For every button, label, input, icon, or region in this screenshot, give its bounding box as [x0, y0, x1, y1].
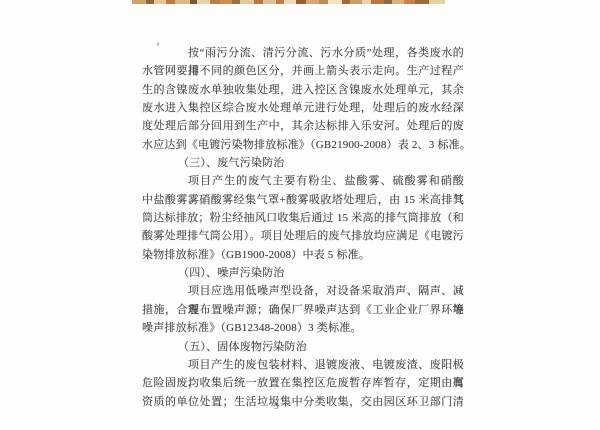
text-line: 废水进入集控区综合废水处理单元进行处理，处理后的废水经深: [142, 99, 464, 117]
page-edge-segment: [342, 0, 350, 4]
page-number: 3: [274, 401, 279, 411]
page-edge-segment: [175, 0, 190, 4]
text-line: 噪声排放标准》（GB12348-2008）3 类标准。: [142, 319, 464, 337]
text-line: 危险固废，收集后统一放置在集控区危废暂存库暂存，定期由有: [142, 374, 464, 392]
text-line: 染物排放标准》（GB1900-2008）中表 5 标准。: [142, 246, 464, 264]
page-edge-segment: [146, 0, 154, 4]
page-edge-segment: [306, 0, 319, 4]
text-line: 筒达标排放；粉尘经抽风口收集后通过 15 米高的排气筒排放（和: [142, 209, 464, 227]
page-edge-segment: [384, 0, 392, 4]
document-text: 按“雨污分流、清污分流、污水分质”处理，各类废水的排水管网要用不同的颜色区分，并…: [142, 44, 464, 411]
text-line: 生的含镍废水单独收集处理，进入控区含镍废水处理单元，其余: [142, 81, 464, 99]
text-line: 水应达到《电镀污染物排放标准》（GB21900-2008）表 2、3 标准。: [142, 136, 464, 154]
text-line: （三）、废气污染防治: [142, 154, 464, 172]
text-line: 中盐酸雾、硝酸雾经集气罩+酸雾吸收塔处理后，由 15 米高排气: [142, 191, 464, 209]
page-edge-segment: [190, 0, 197, 4]
page-edge-segment: [319, 0, 328, 4]
scanned-page: 按“雨污分流、清污分流、污水分质”处理，各类废水的排水管网要用不同的颜色区分，并…: [0, 0, 600, 430]
text-line: （五）、固体废物污染防治: [142, 338, 464, 356]
text-line: 项目产生的废包装材料、退镀废液、电镀废渣、废阳极均属: [142, 356, 464, 374]
page-edge-segment: [415, 0, 429, 4]
page-edge-segment: [240, 0, 254, 4]
page-edge-segment: [362, 0, 371, 4]
page-edge-segment: [154, 0, 166, 4]
text-line: 酸雾处理排气筒公用）。项目处理后的废气排放均应满足《电镀污: [142, 227, 464, 245]
page-edge-segment: [197, 0, 210, 4]
page-edge-segment: [276, 0, 284, 4]
text-line: 水管网要用不同的颜色区分，并画上箭头表示走向。生产过程产: [142, 62, 464, 80]
text-line: 项目应选用低噪声型设备，对设备采取消声、隔声、减震等: [142, 282, 464, 300]
text-line: （四）、噪声污染防治: [142, 264, 464, 282]
page-edge-segment: [350, 0, 362, 4]
page-edge-segment: [404, 0, 415, 4]
page-edge-segment: [166, 0, 175, 4]
text-line: 措施，合理布置噪声源；确保厂界噪声达到《工业企业厂界环境: [142, 301, 464, 319]
page-edge-segment: [132, 0, 146, 4]
page-edge-segment: [328, 0, 342, 4]
page-edge-segment: [296, 0, 306, 4]
page-edge-segment: [210, 0, 220, 4]
text-line: 度处理后部分回用到生产中，其余达标排入乐安河。处理后的废: [142, 117, 464, 135]
text-line: 资质的单位处置；生活垃圾集中分类收集，交由园区环卫部门清: [142, 393, 464, 411]
scan-speck: [211, 123, 213, 125]
page-edge-segment: [392, 0, 404, 4]
page-edge-segment: [429, 0, 445, 4]
text-line: 按“雨污分流、清污分流、污水分质”处理，各类废水的排: [142, 44, 464, 62]
text-line: 项目产生的废气主要有粉尘、盐酸雾、硫酸雾和硝酸雾。其: [142, 172, 464, 190]
page-edge-segment: [220, 0, 232, 4]
page-edge-segment: [232, 0, 240, 4]
page-stack-edge: [132, 0, 445, 4]
page-edge-segment: [254, 0, 263, 4]
page-edge-segment: [371, 0, 384, 4]
page-edge-segment: [263, 0, 276, 4]
page-edge-segment: [284, 0, 296, 4]
